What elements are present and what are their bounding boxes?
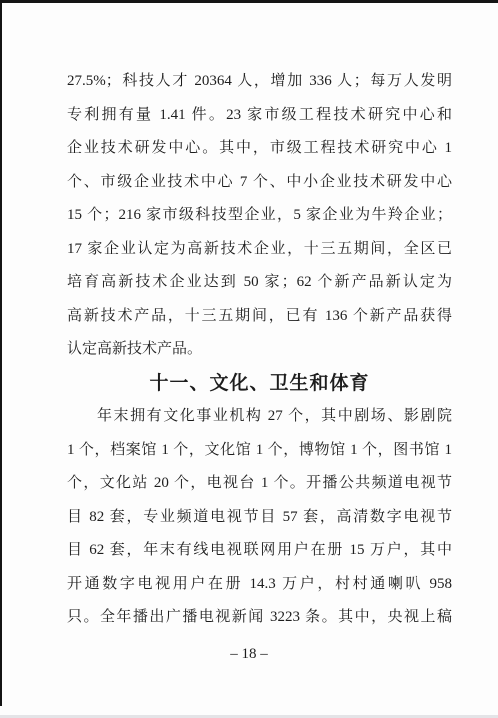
- body-line: 目 82 套，专业频道电视节目 57 套，高清数字电视节: [67, 501, 452, 535]
- body-line: 高新技术产品，十三五期间，已有 136 个新产品获得: [67, 300, 452, 334]
- body-line: 年末拥有文化事业机构 27 个，其中剧场、影剧院: [67, 400, 452, 434]
- section-heading: 十一、文化、卫生和体育: [67, 367, 452, 401]
- body-line: 15 个；216 家市级科技型企业，5 家企业为牛羚企业；: [67, 199, 452, 233]
- body-line: 只。全年播出广播电视新闻 3223 条。其中，央视上稿: [67, 601, 452, 635]
- body-line: 1 个，档案馆 1 个，文化馆 1 个，博物馆 1 个，图书馆 1: [67, 434, 452, 468]
- body-line: 培育高新技术企业达到 50 家；62 个新产品新认定为: [67, 266, 452, 300]
- body-line: 27.5%；科技人才 20364 人，增加 336 人；每万人发明: [67, 65, 452, 99]
- body-line: 认定高新技术产品。: [67, 333, 452, 367]
- body-line: 专利拥有量 1.41 件。23 家市级工程技术研究中心和: [67, 99, 452, 133]
- scan-left-edge: [0, 0, 2, 706]
- body-line: 个、市级企业技术中心 7 个、中小企业技术研发中心: [67, 166, 452, 200]
- body-line: 17 家企业认定为高新技术企业，十三五期间，全区已: [67, 233, 452, 267]
- text-block: 27.5%；科技人才 20364 人，增加 336 人；每万人发明 专利拥有量 …: [67, 65, 452, 635]
- body-line: 开通数字电视用户在册 14.3 万户，村村通喇叭 958: [67, 568, 452, 602]
- page-number: – 18 –: [0, 638, 498, 672]
- body-line: 企业技术研发中心。其中，市级工程技术研究中心 1: [67, 132, 452, 166]
- scan-top-edge: [0, 0, 498, 3]
- body-line: 目 62 套，年末有线电视联网用户在册 15 万户，其中: [67, 534, 452, 568]
- body-line: 个，文化站 20 个，电视台 1 个。开播公共频道电视节: [67, 467, 452, 501]
